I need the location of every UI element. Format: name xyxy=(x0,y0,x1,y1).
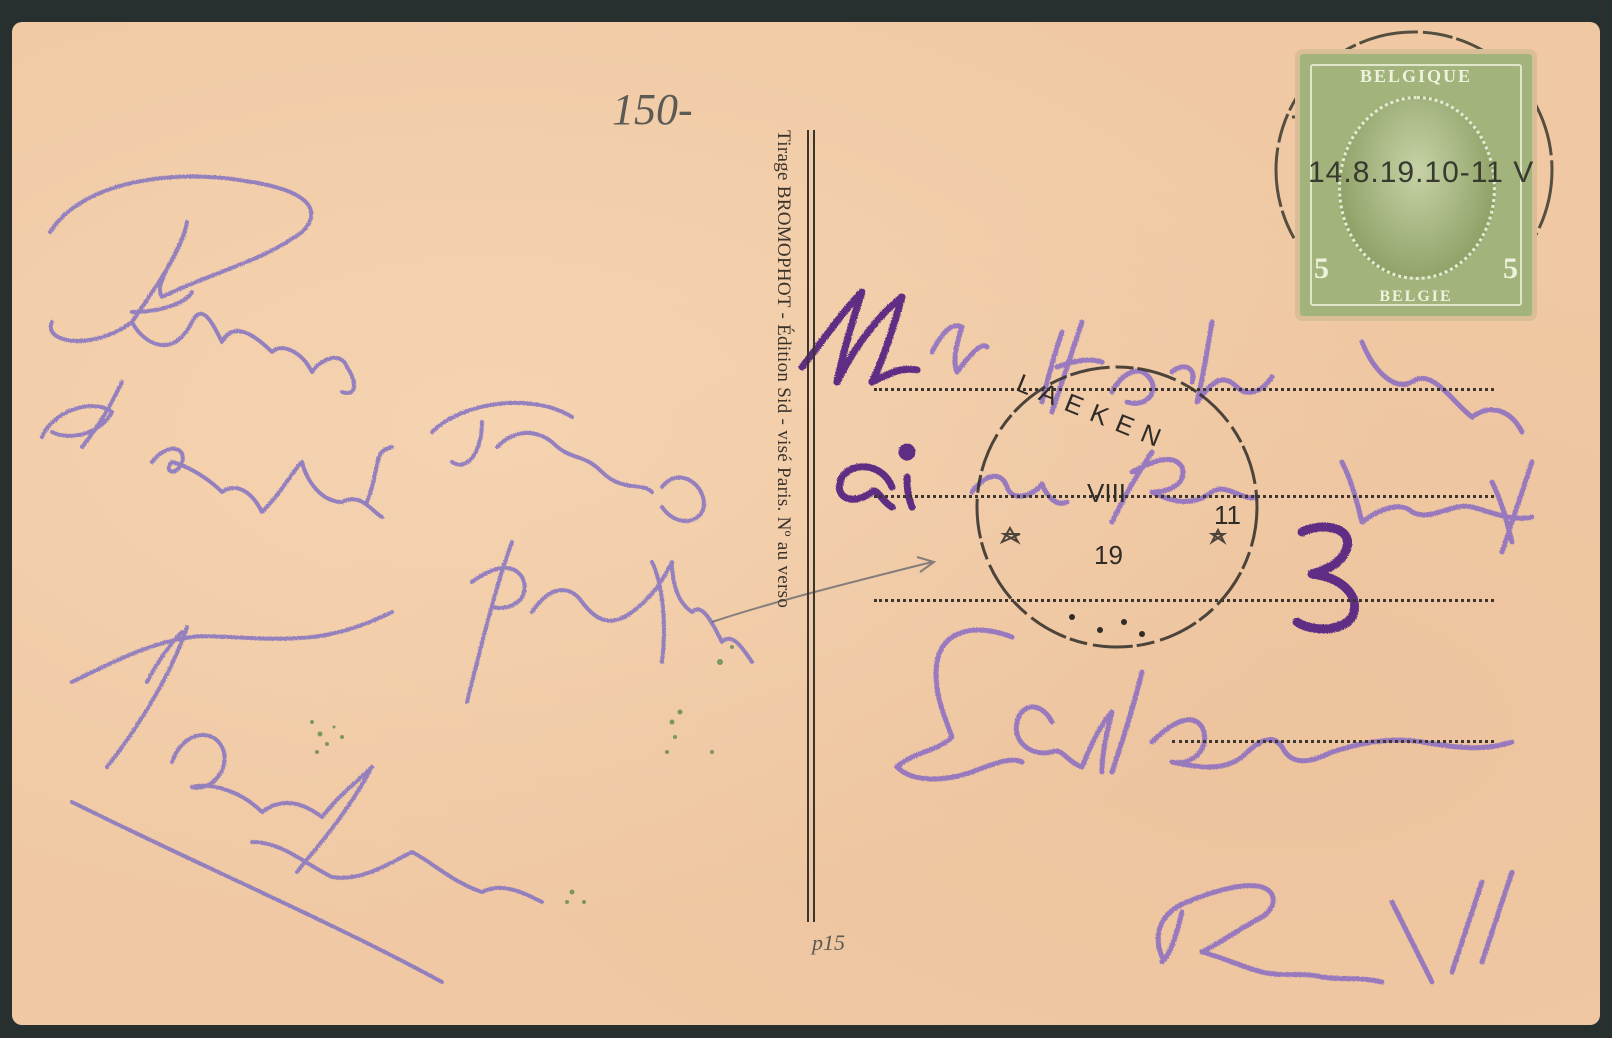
publisher-text: Tirage BROMOPHOT - Édition Sid - visé Pa… xyxy=(762,130,804,608)
address-line-2 xyxy=(874,495,1494,498)
postmark-day: 11 xyxy=(1214,500,1241,531)
address-line-3 xyxy=(874,599,1494,602)
address-line-4 xyxy=(1172,740,1494,743)
price-note: 150- xyxy=(612,84,693,135)
catalog-ref-note: p15 xyxy=(812,930,845,956)
stamp-country-top: BELGIQUE xyxy=(1300,66,1532,87)
stamp-value-right: 5 xyxy=(1503,252,1518,286)
cancel-postmark-date: 14.8.19.10-11 V xyxy=(1308,156,1534,190)
stamp-value-left: 5 xyxy=(1314,252,1329,286)
publisher-imprint: Tirage BROMOPHOT - Édition Sid - visé Pa… xyxy=(762,130,804,922)
address-line-1 xyxy=(874,388,1494,391)
postcard: Tirage BROMOPHOT - Édition Sid - visé Pa… xyxy=(12,22,1600,1025)
divider-line-left xyxy=(807,130,809,922)
stamp-country-bottom: BELGIE xyxy=(1300,288,1532,306)
message-line-1: Bonne Fête xyxy=(12,22,13,23)
divider-line-right xyxy=(813,130,815,922)
postmark-month: VIII xyxy=(1087,478,1126,509)
postmark-year: 19 xyxy=(1094,540,1123,571)
